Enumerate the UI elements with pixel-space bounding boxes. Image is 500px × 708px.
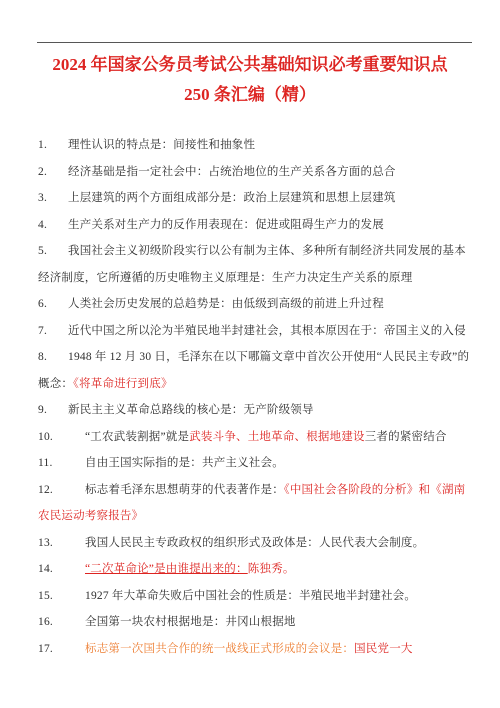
list-item: 7.近代中国之所以沦为半殖民地半封建社会，其根本原因在于：帝国主义的入侵 [38,318,472,345]
item-text: 标志第一次国共合作的统一战线正式形成的会议是： [85,643,354,655]
item-number: 9. [38,397,68,424]
item-text: 新民主主义革命总路线的核心是：无产阶级领导 [68,404,314,416]
item-text: 人类社会历史发展的总趋势是：由低级到高级的前进上升过程 [68,298,384,310]
list-item: 2.经济基础是指一定社会中：占统治地位的生产关系各方面的总合 [38,159,472,186]
item-text: 经济基础是指一定社会中：占统治地位的生产关系各方面的总合 [68,166,396,178]
item-text: 1927 年大革命失败后中国社会的性质是：半殖民地半封建社会。 [85,590,416,602]
list-item: 1.理性认识的特点是：间接性和抽象性 [38,132,472,159]
document-page: 2024 年国家公务员考试公共基础知识必考重要知识点250 条汇编（精） 1.理… [0,0,500,708]
list-item: 8.1948 年 12 月 30 日，毛泽东在以下哪篇文章中首次公开使用“人民民… [38,344,472,397]
item-number: 14. [38,556,85,583]
item-number: 2. [38,159,68,186]
item-text: “工农武装割据”就是 [85,431,189,443]
item-text: 生产关系对生产力的反作用表现在：促进或阻碍生产力的发展 [68,219,384,231]
item-text: 陈独秀。 [248,563,295,575]
list-item: 15.1927 年大革命失败后中国社会的性质是：半殖民地半封建社会。 [38,583,472,610]
item-text: “二次革命论”是由谁提出来的： [85,563,248,575]
doc-title-line1: 2024 年国家公务员考试公共基础知识必考重要知识点 [52,55,447,74]
list-item: 12.标志着毛泽东思想萌芽的代表著作是：《中国社会各阶段的分析》和《湖南农民运动… [38,477,472,530]
item-text: 我国社会主义初级阶段实行以公有制为主体、多种所有制经济共同发展的基本经济制度，它… [38,245,466,284]
item-text: 《将革命进行到底》 [73,378,173,390]
item-number: 7. [38,318,68,345]
doc-title: 2024 年国家公务员考试公共基础知识必考重要知识点250 条汇编（精） [15,50,485,110]
item-text: 国民党一大 [354,643,413,655]
item-number: 4. [38,212,68,239]
item-number: 1. [38,132,68,159]
item-text: 近代中国之所以沦为半殖民地半封建社会，其根本原因在于：帝国主义的入侵 [68,325,466,337]
item-number: 17. [38,636,85,663]
item-number: 5. [38,238,68,265]
item-number: 11. [38,450,85,477]
list-item: 9.新民主主义革命总路线的核心是：无产阶级领导 [38,397,472,424]
item-text: 理性认识的特点是：间接性和抽象性 [68,139,255,151]
item-number: 10. [38,424,85,451]
list-item: 5.我国社会主义初级阶段实行以公有制为主体、多种所有制经济共同发展的基本经济制度… [38,238,472,291]
item-number: 8. [38,344,68,371]
list-item: 11.自由王国实际指的是：共产主义社会。 [38,450,472,477]
item-number: 13. [38,530,85,557]
item-number: 3. [38,185,68,212]
item-text: 武装斗争、土地革命、根据地建设 [189,431,365,443]
doc-title-line2: 250 条汇编（精） [184,85,316,104]
item-text: 全国第一块农村根据地是：井冈山根据地 [85,616,296,628]
item-number: 15. [38,583,85,610]
list-item: 16.全国第一块农村根据地是：井冈山根据地 [38,609,472,636]
knowledge-list: 1.理性认识的特点是：间接性和抽象性2.经济基础是指一定社会中：占统治地位的生产… [38,132,472,662]
list-item: 14.“二次革命论”是由谁提出来的：陈独秀。 [38,556,472,583]
item-number: 16. [38,609,85,636]
list-item: 6.人类社会历史发展的总趋势是：由低级到高级的前进上升过程 [38,291,472,318]
list-item: 4.生产关系对生产力的反作用表现在：促进或阻碍生产力的发展 [38,212,472,239]
list-item: 17.标志第一次国共合作的统一战线正式形成的会议是：国民党一大 [38,636,472,663]
item-text: 标志着毛泽东思想萌芽的代表著作是： [85,484,284,496]
list-item: 3.上层建筑的两个方面组成部分是：政治上层建筑和思想上层建筑 [38,185,472,212]
list-item: 13.我国人民民主专政政权的组织形式及政体是：人民代表大会制度。 [38,530,472,557]
item-number: 12. [38,477,85,504]
header-rule [37,42,472,43]
item-text: 自由王国实际指的是：共产主义社会。 [85,457,284,469]
item-text: 我国人民民主专政政权的组织形式及政体是：人民代表大会制度。 [85,537,424,549]
item-text: 上层建筑的两个方面组成部分是：政治上层建筑和思想上层建筑 [68,192,396,204]
list-item: 10.“工农武装割据”就是武装斗争、土地革命、根据地建设三者的紧密结合 [38,424,472,451]
item-number: 6. [38,291,68,318]
item-text: 三者的紧密结合 [365,431,447,443]
